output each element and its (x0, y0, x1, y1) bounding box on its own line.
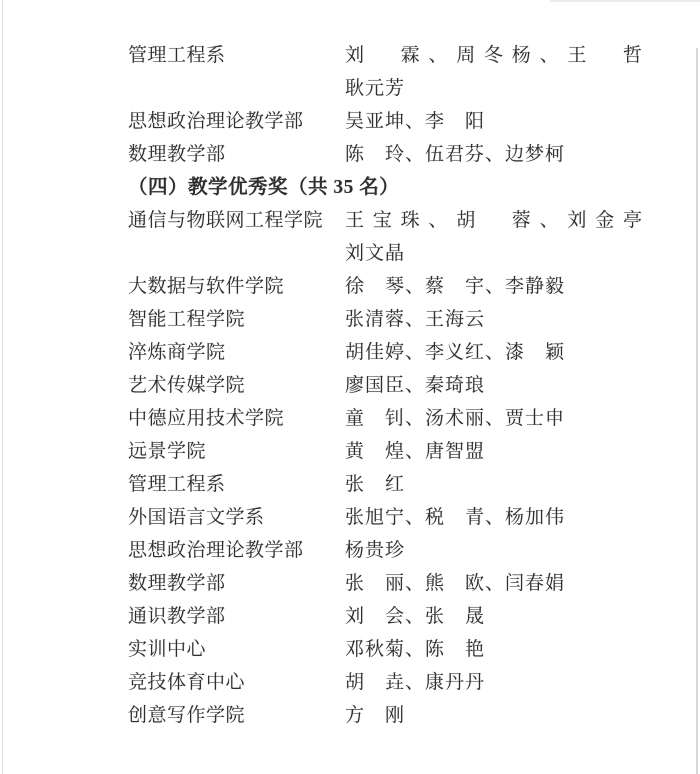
award-row: 智能工程学院 张清蓉、王海云 (128, 303, 670, 336)
award-row: 管理工程系 刘 霖、周冬杨、王 哲耿元芳 (128, 39, 670, 105)
name-line: 胡佳婷、李义红、漆 颖 (345, 336, 643, 369)
award-row: 艺术传媒学院 廖国臣、秦琦琅 (128, 369, 670, 402)
name-line: 胡 垚、康丹丹 (345, 666, 643, 699)
recipient-names: 方 刚 (345, 699, 643, 732)
name-line: 耿元芳 (345, 72, 643, 105)
name-line: 廖国臣、秦琦琅 (345, 369, 643, 402)
recipient-names: 张 丽、熊 欧、闫春娟 (345, 567, 643, 600)
recipient-names: 胡佳婷、李义红、漆 颖 (345, 336, 643, 369)
name-line: 张旭宁、税 青、杨加伟 (345, 501, 643, 534)
recipient-names: 陈 玲、伍君芬、边梦柯 (345, 138, 643, 171)
recipient-names: 张旭宁、税 青、杨加伟 (345, 501, 643, 534)
recipient-names: 张 红 (345, 468, 643, 501)
award-row: 竞技体育中心 胡 垚、康丹丹 (128, 666, 670, 699)
department-name: 淬炼商学院 (128, 336, 345, 369)
department-name: 通识教学部 (128, 600, 345, 633)
recipient-names: 徐 琴、蔡 宇、李静毅 (345, 270, 643, 303)
name-line: 张 红 (345, 468, 643, 501)
recipient-names: 王宝珠、胡 蓉、刘金亭刘文晶 (345, 204, 643, 270)
name-line: 王宝珠、胡 蓉、刘金亭 (345, 204, 643, 237)
name-line: 张 丽、熊 欧、闫春娟 (345, 567, 643, 600)
name-line: 陈 玲、伍君芬、边梦柯 (345, 138, 643, 171)
department-name: 管理工程系 (128, 468, 345, 501)
award-row: 实训中心 邓秋菊、陈 艳 (128, 633, 670, 666)
award-row: 思想政治理论教学部 吴亚坤、李 阳 (128, 105, 670, 138)
recipient-names: 吴亚坤、李 阳 (345, 105, 643, 138)
department-name: 通信与物联网工程学院 (128, 204, 345, 237)
recipient-names: 刘 会、张 晟 (345, 600, 643, 633)
department-name: 实训中心 (128, 633, 345, 666)
award-row: 数理教学部 张 丽、熊 欧、闫春娟 (128, 567, 670, 600)
award-row: 管理工程系 张 红 (128, 468, 670, 501)
recipient-names: 黄 煌、唐智盟 (345, 435, 643, 468)
department-name: 数理教学部 (128, 138, 345, 171)
award-row: 淬炼商学院 胡佳婷、李义红、漆 颖 (128, 336, 670, 369)
section-heading-label: （四）教学优秀奖（共 35 名） (128, 171, 399, 204)
department-name: 管理工程系 (128, 39, 345, 72)
department-name: 大数据与软件学院 (128, 270, 345, 303)
award-row: 外国语言文学系 张旭宁、税 青、杨加伟 (128, 501, 670, 534)
department-name: 中德应用技术学院 (128, 402, 345, 435)
recipient-names: 廖国臣、秦琦琅 (345, 369, 643, 402)
name-line: 童 钊、汤术丽、贾士申 (345, 402, 643, 435)
name-line: 邓秋菊、陈 艳 (345, 633, 643, 666)
recipient-names: 胡 垚、康丹丹 (345, 666, 643, 699)
document-page: 管理工程系 刘 霖、周冬杨、王 哲耿元芳 思想政治理论教学部 吴亚坤、李 阳 数… (0, 0, 700, 774)
award-row: 思想政治理论教学部 杨贵珍 (128, 534, 670, 567)
name-line: 张清蓉、王海云 (345, 303, 643, 336)
section-heading: （四）教学优秀奖（共 35 名） (128, 171, 670, 204)
department-name: 竞技体育中心 (128, 666, 345, 699)
name-line: 黄 煌、唐智盟 (345, 435, 643, 468)
department-name: 远景学院 (128, 435, 345, 468)
department-name: 外国语言文学系 (128, 501, 345, 534)
recipient-names: 邓秋菊、陈 艳 (345, 633, 643, 666)
award-row: 中德应用技术学院 童 钊、汤术丽、贾士申 (128, 402, 670, 435)
award-row: 通信与物联网工程学院 王宝珠、胡 蓉、刘金亭刘文晶 (128, 204, 670, 270)
name-line: 吴亚坤、李 阳 (345, 105, 643, 138)
recipient-names: 童 钊、汤术丽、贾士申 (345, 402, 643, 435)
name-line: 方 刚 (345, 699, 643, 732)
department-name: 艺术传媒学院 (128, 369, 345, 402)
name-line: 刘 霖、周冬杨、王 哲 (345, 39, 643, 72)
award-row: 数理教学部 陈 玲、伍君芬、边梦柯 (128, 138, 670, 171)
name-line: 徐 琴、蔡 宇、李静毅 (345, 270, 643, 303)
award-row: 大数据与软件学院 徐 琴、蔡 宇、李静毅 (128, 270, 670, 303)
award-row: 创意写作学院 方 刚 (128, 699, 670, 732)
name-line: 刘文晶 (345, 237, 643, 270)
name-line: 刘 会、张 晟 (345, 600, 643, 633)
department-name: 智能工程学院 (128, 303, 345, 336)
award-row: 远景学院 黄 煌、唐智盟 (128, 435, 670, 468)
recipient-names: 张清蓉、王海云 (345, 303, 643, 336)
department-name: 创意写作学院 (128, 699, 345, 732)
department-name: 数理教学部 (128, 567, 345, 600)
recipient-names: 刘 霖、周冬杨、王 哲耿元芳 (345, 39, 643, 105)
recipient-names: 杨贵珍 (345, 534, 643, 567)
award-row: 通识教学部 刘 会、张 晟 (128, 600, 670, 633)
award-list: 管理工程系 刘 霖、周冬杨、王 哲耿元芳 思想政治理论教学部 吴亚坤、李 阳 数… (128, 39, 670, 732)
department-name: 思想政治理论教学部 (128, 534, 345, 567)
department-name: 思想政治理论教学部 (128, 105, 345, 138)
name-line: 杨贵珍 (345, 534, 643, 567)
